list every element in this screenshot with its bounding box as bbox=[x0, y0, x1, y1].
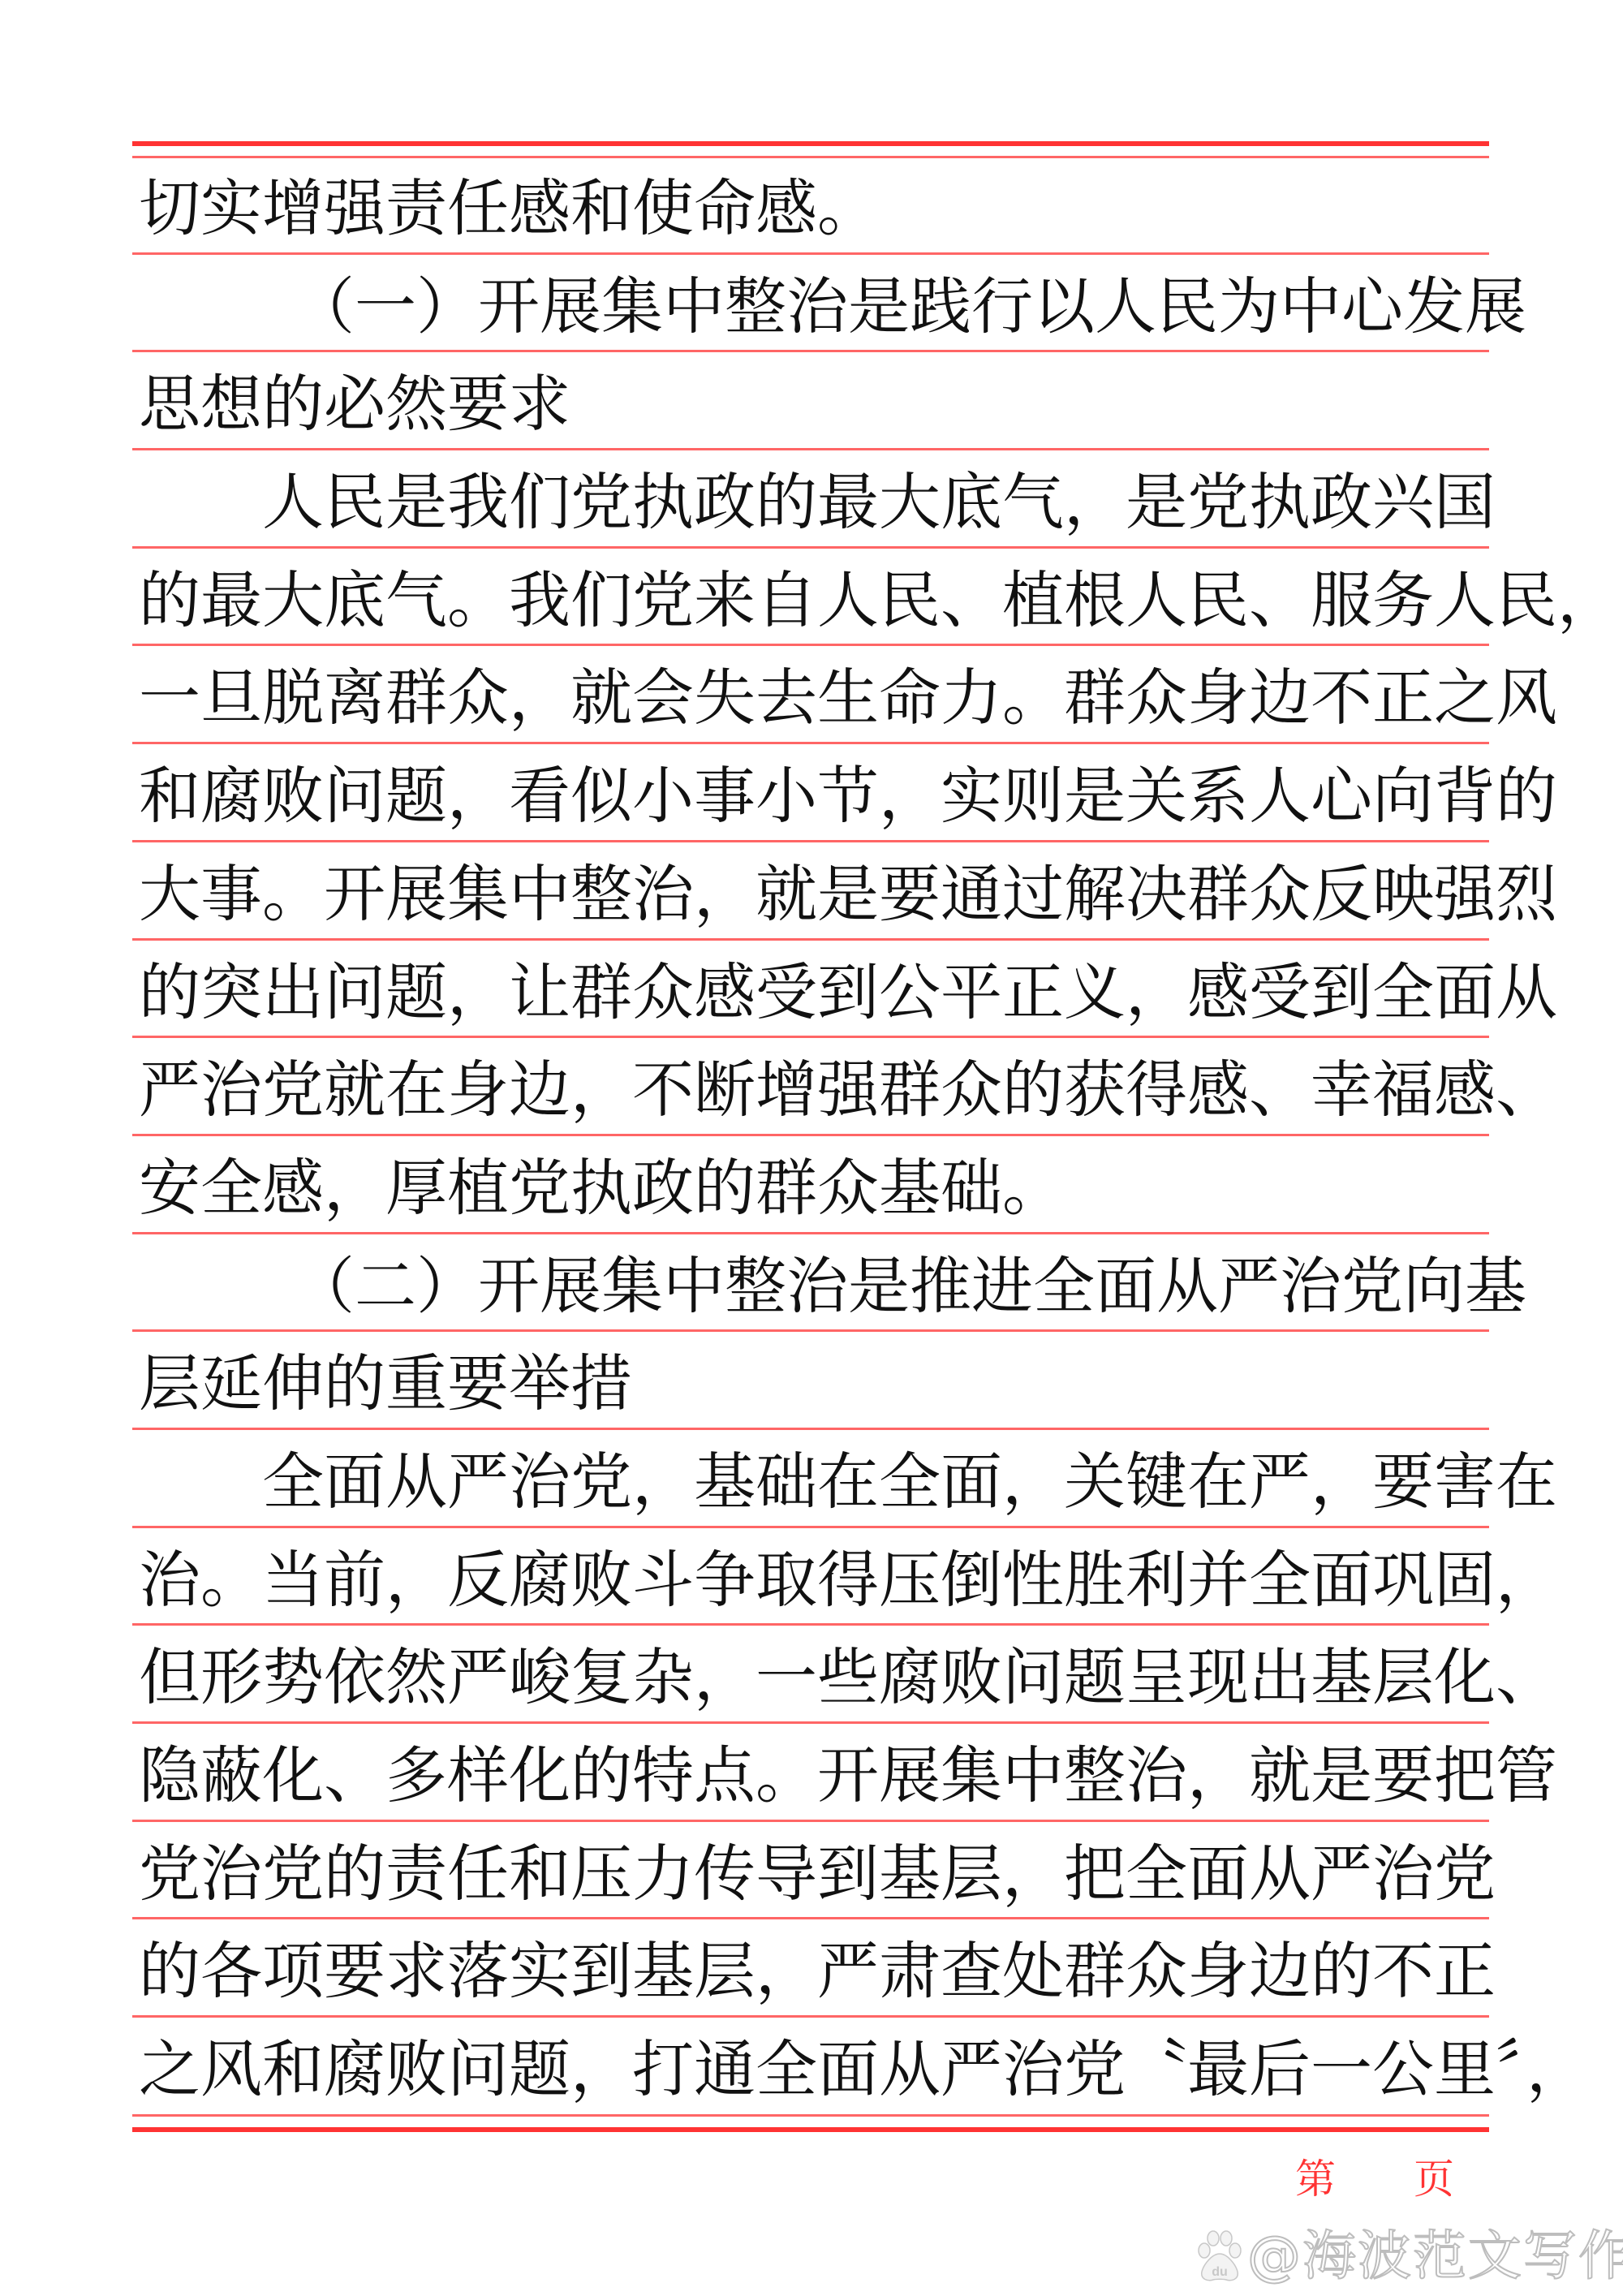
row-text: 之风和腐败问题，打通全面从严治党〝最后一公里〞， bbox=[139, 2037, 1489, 2102]
text-row: 一旦脱离群众，就会失去生命力。群众身边不正之风 bbox=[139, 646, 1489, 744]
row-text: 隐蔽化、多样化的特点。开展集中整治，就是要把管 bbox=[139, 1743, 1489, 1808]
row-text: 的各项要求落实到基层，严肃查处群众身边的不正 bbox=[139, 1939, 1489, 2004]
section-heading-2: （二）开展集中整治是推进全面从严治党向基 bbox=[139, 1254, 1489, 1319]
row-text: 的突出问题，让群众感受到公平正义，感受到全面从 bbox=[139, 960, 1489, 1025]
page-number-footer: 第页 bbox=[1295, 2155, 1454, 2203]
row-text: 和腐败问题，看似小事小节，实则是关系人心向背的 bbox=[139, 764, 1489, 829]
text-row: 党治党的责任和压力传导到基层，把全面从严治党 bbox=[139, 1822, 1489, 1920]
section-heading-row: （一）开展集中整治是践行以人民为中心发展 bbox=[139, 255, 1489, 353]
text-row: 治。当前，反腐败斗争取得压倒性胜利并全面巩固， bbox=[139, 1528, 1489, 1626]
bottom-thick-rule bbox=[132, 2127, 1489, 2132]
watermark-text: @海波范文写作 bbox=[1247, 2224, 1623, 2289]
section-heading-row: （二）开展集中整治是推进全面从严治党向基 bbox=[139, 1234, 1489, 1333]
text-row: 的最大底气。我们党来自人民、植根人民、服务人民， bbox=[139, 549, 1489, 647]
text-row: 人民是我们党执政的最大底气，是党执政兴国 bbox=[139, 450, 1489, 549]
text-row: 隐蔽化、多样化的特点。开展集中整治，就是要把管 bbox=[139, 1724, 1489, 1822]
text-row: 和腐败问题，看似小事小节，实则是关系人心向背的 bbox=[139, 744, 1489, 842]
row-text: 的最大底气。我们党来自人民、植根人民、服务人民， bbox=[139, 568, 1489, 633]
text-row: 的突出问题，让群众感受到公平正义，感受到全面从 bbox=[139, 941, 1489, 1039]
page-suffix: 页 bbox=[1414, 2156, 1454, 2203]
text-row: 切实增强责任感和使命感。 bbox=[139, 157, 1489, 255]
text-row: 安全感，厚植党执政的群众基础。 bbox=[139, 1136, 1489, 1234]
row-text: 大事。开展集中整治，就是要通过解决群众反映强烈 bbox=[139, 862, 1489, 927]
section-heading-1-cont: 思想的必然要求 bbox=[139, 372, 1489, 437]
section-heading-2-cont: 层延伸的重要举措 bbox=[139, 1351, 1489, 1416]
paragraph-start: 人民是我们党执政的最大底气，是党执政兴国 bbox=[139, 470, 1489, 535]
document-body: 切实增强责任感和使命感。 （一）开展集中整治是践行以人民为中心发展 思想的必然要… bbox=[139, 157, 1489, 2116]
top-thick-rule bbox=[132, 141, 1489, 146]
section-heading-row: 层延伸的重要举措 bbox=[139, 1332, 1489, 1430]
row-text: 切实增强责任感和使命感。 bbox=[139, 176, 1489, 241]
row-text: 但形势依然严峻复杂，一些腐败问题呈现出基层化、 bbox=[139, 1645, 1489, 1710]
svg-text:du: du bbox=[1212, 2265, 1228, 2279]
row-text: 党治党的责任和压力传导到基层，把全面从严治党 bbox=[139, 1842, 1489, 1906]
page-prefix: 第 bbox=[1295, 2156, 1336, 2203]
text-row: 大事。开展集中整治，就是要通过解决群众反映强烈 bbox=[139, 842, 1489, 941]
text-row: 的各项要求落实到基层，严肃查处群众身边的不正 bbox=[139, 1919, 1489, 2018]
row-text: 治。当前，反腐败斗争取得压倒性胜利并全面巩固， bbox=[139, 1548, 1489, 1613]
text-row: 但形势依然严峻复杂，一些腐败问题呈现出基层化、 bbox=[139, 1626, 1489, 1724]
section-heading-1: （一）开展集中整治是践行以人民为中心发展 bbox=[139, 274, 1489, 339]
text-row: 之风和腐败问题，打通全面从严治党〝最后一公里〞， bbox=[139, 2018, 1489, 2116]
row-text: 一旦脱离群众，就会失去生命力。群众身边不正之风 bbox=[139, 666, 1489, 730]
author-watermark: du @海波范文写作 bbox=[1197, 2224, 1623, 2289]
bottom-thin-rule bbox=[132, 2114, 1489, 2117]
row-text: 严治党就在身边，不断增强群众的获得感、幸福感、 bbox=[139, 1058, 1489, 1122]
baidu-paw-icon: du bbox=[1197, 2229, 1242, 2283]
paragraph-end: 安全感，厚植党执政的群众基础。 bbox=[139, 1156, 1489, 1221]
paragraph-start: 全面从严治党，基础在全面，关键在严，要害在 bbox=[139, 1450, 1489, 1514]
text-row: 严治党就在身边，不断增强群众的获得感、幸福感、 bbox=[139, 1038, 1489, 1136]
section-heading-row: 思想的必然要求 bbox=[139, 352, 1489, 450]
text-row: 全面从严治党，基础在全面，关键在严，要害在 bbox=[139, 1430, 1489, 1528]
